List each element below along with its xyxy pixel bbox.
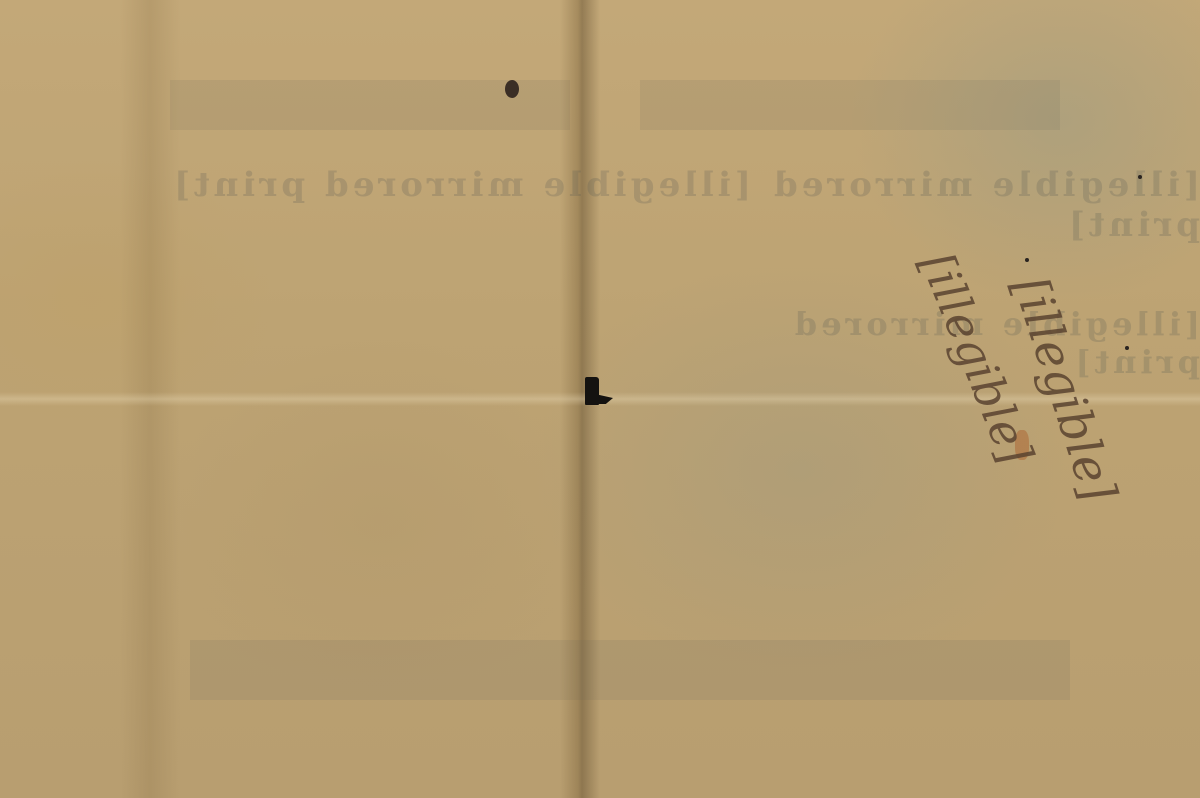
ink-speck — [1125, 346, 1129, 350]
bleed-through-band — [190, 640, 1070, 700]
bleed-through-text: [illegible mirrored print] — [740, 165, 1200, 245]
bleed-through-text: [illegible mirrored print] — [170, 165, 751, 205]
paper-hole — [585, 377, 599, 405]
ink-blot — [505, 80, 519, 98]
ink-speck — [1025, 258, 1029, 262]
aged-paper-banknote-back: [illegible mirrored print] [illegible mi… — [0, 0, 1200, 798]
bleed-through-band — [640, 80, 1060, 130]
ink-speck — [1138, 175, 1142, 179]
